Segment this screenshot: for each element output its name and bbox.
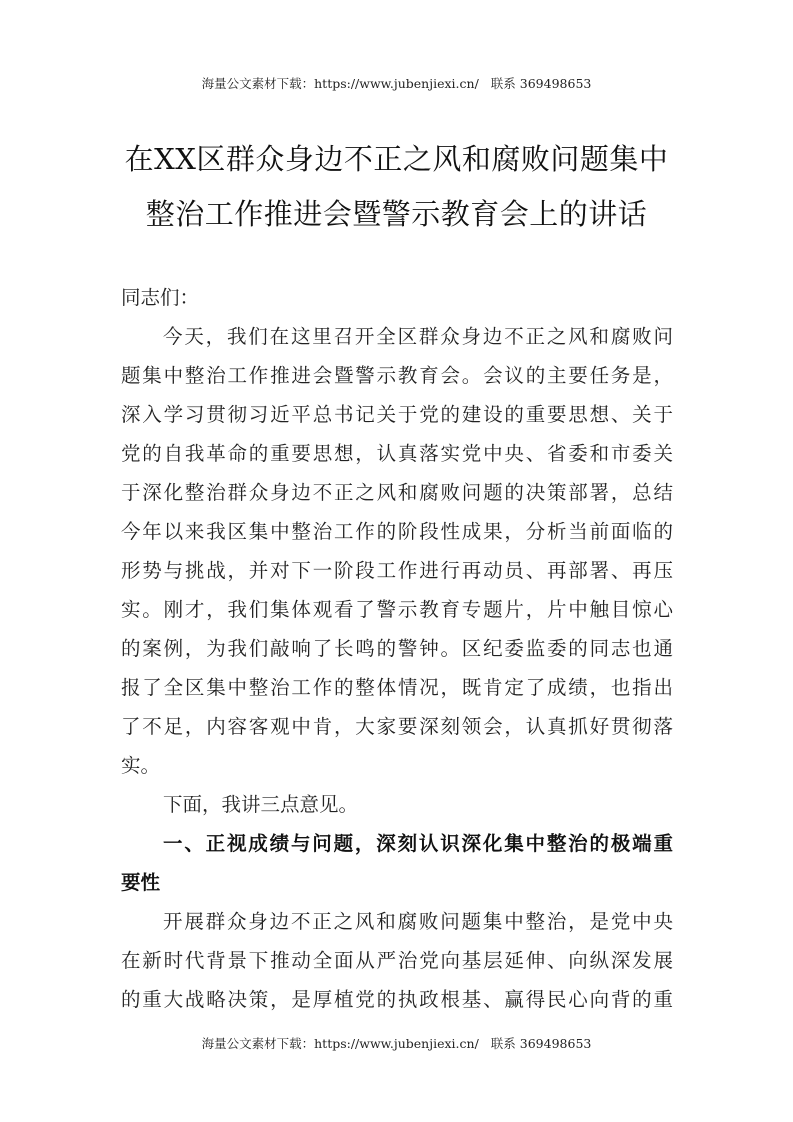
salutation: 同志们： bbox=[121, 282, 673, 310]
paragraph-line: 今年以来我区集中整治工作的阶段性成果，分析当前面临的 bbox=[121, 516, 673, 544]
paragraph-line: 的重大战略决策，是厚植党的执政根基、赢得民心向背的重 bbox=[121, 984, 673, 1012]
paragraph-line: 形势与挑战，并对下一阶段工作进行再动员、再部署、再压 bbox=[121, 555, 673, 583]
header-contact-text: 联系 369498653 bbox=[491, 76, 592, 91]
document-title-line-2: 整治工作推进会暨警示教育会上的讲话 bbox=[0, 192, 793, 233]
footer-download-text: 海量公文素材下载：https://www.jubenjiexi.cn/ bbox=[202, 1036, 479, 1051]
paragraph-line: 在新时代背景下推动全面从严治党向基层延伸、向纵深发展 bbox=[121, 945, 673, 973]
paragraph-line: 报了全区集中整治工作的整体情况，既肯定了成绩，也指出 bbox=[121, 672, 673, 700]
section-heading-1: 一、正视成绩与问题，深刻认识深化集中整治的极端重 bbox=[163, 828, 673, 856]
paragraph-line: 于深化整治群众身边不正之风和腐败问题的决策部署，总结 bbox=[121, 477, 673, 505]
footer-contact-text: 联系 369498653 bbox=[491, 1036, 592, 1051]
section-heading-1-cont: 要性 bbox=[121, 867, 673, 895]
paragraph-line: 实。 bbox=[121, 750, 673, 778]
paragraph-line: 开展群众身边不正之风和腐败问题集中整治，是党中央 bbox=[163, 906, 673, 934]
paragraph-line: 实。刚才，我们集体观看了警示教育专题片，片中触目惊心 bbox=[121, 594, 673, 622]
paragraph-line: 了不足，内容客观中肯，大家要深刻领会，认真抓好贯彻落 bbox=[121, 711, 673, 739]
page-footer: 海量公文素材下载：https://www.jubenjiexi.cn/联系 36… bbox=[0, 1034, 793, 1052]
paragraph-line: 今天，我们在这里召开全区群众身边不正之风和腐败问 bbox=[163, 321, 673, 349]
document-title-line-1: 在XX区群众身边不正之风和腐败问题集中 bbox=[0, 137, 793, 178]
header-download-text: 海量公文素材下载：https://www.jubenjiexi.cn/ bbox=[202, 76, 479, 91]
paragraph-line: 下面，我讲三点意见。 bbox=[163, 789, 673, 817]
page-header: 海量公文素材下载：https://www.jubenjiexi.cn/联系 36… bbox=[0, 74, 793, 92]
paragraph-line: 的案例，为我们敲响了长鸣的警钟。区纪委监委的同志也通 bbox=[121, 633, 673, 661]
paragraph-line: 党的自我革命的重要思想，认真落实党中央、省委和市委关 bbox=[121, 438, 673, 466]
paragraph-line: 题集中整治工作推进会暨警示教育会。会议的主要任务是， bbox=[121, 360, 673, 388]
paragraph-line: 深入学习贯彻习近平总书记关于党的建设的重要思想、关于 bbox=[121, 399, 673, 427]
